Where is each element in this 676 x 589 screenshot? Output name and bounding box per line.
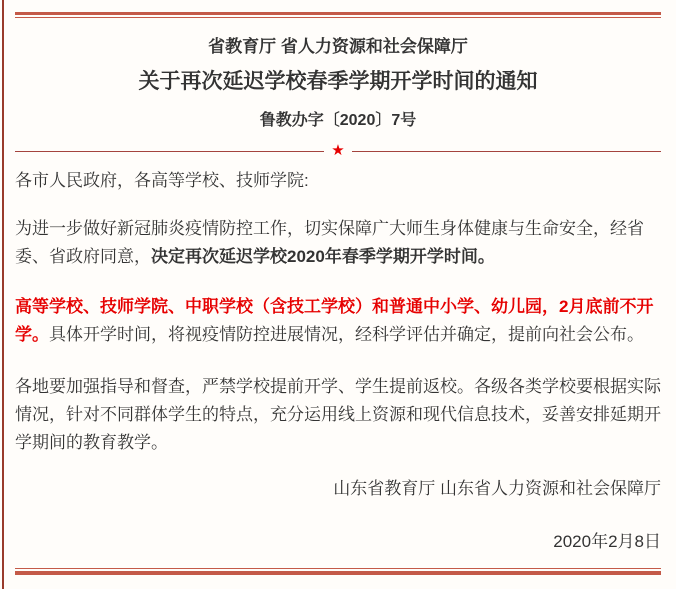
salutation: 各市人民政府，各高等学校、技师学院: (15, 167, 661, 195)
doc-number: 鲁教办字〔2020〕7号 (15, 109, 661, 133)
paragraph-2: 高等学校、技师学院、中职学校（含技工学校）和普通中小学、幼儿园，2月底前不开学。… (15, 293, 661, 349)
notice-content: 省教育厅 省人力资源和社会保障厅 关于再次延迟学校春季学期开学时间的通知 鲁教办… (15, 0, 661, 575)
bottom-double-rule (15, 568, 661, 575)
paragraph-2-normal: 具体开学时间，将视疫情防控进展情况，经科学评估并确定，提前向社会公布。 (49, 325, 644, 344)
bottom-thin-rule (15, 568, 661, 569)
paragraph-1-bold: 决定再次延迟学校2020年春季学期开学时间。 (151, 247, 495, 266)
top-thin-rule (15, 17, 661, 18)
paragraph-3: 各地要加强指导和督查，严禁学校提前开学、学生提前返校。各级各类学校要根据实际情况… (15, 373, 661, 457)
notice-date: 2020年2月8日 (15, 528, 661, 556)
divider-line-right (352, 151, 661, 152)
top-double-rule (15, 12, 661, 18)
top-thick-rule (15, 12, 661, 15)
signature-orgs: 山东省教育厅 山东省人力资源和社会保障厅 (15, 475, 661, 503)
star-icon: ★ (331, 143, 344, 159)
star-divider: ★ (15, 143, 661, 159)
issuing-orgs: 省教育厅 省人力资源和社会保障厅 (15, 35, 661, 59)
notice-page: 省教育厅 省人力资源和社会保障厅 关于再次延迟学校春季学期开学时间的通知 鲁教办… (0, 0, 676, 589)
left-accent-bar (2, 0, 4, 589)
paragraph-1: 为进一步做好新冠肺炎疫情防控工作，切实保障广大师生身体健康与生命安全，经省委、省… (15, 215, 661, 271)
notice-title: 关于再次延迟学校春季学期开学时间的通知 (15, 69, 661, 95)
divider-line-left (15, 151, 324, 152)
bottom-thick-rule (15, 571, 661, 575)
